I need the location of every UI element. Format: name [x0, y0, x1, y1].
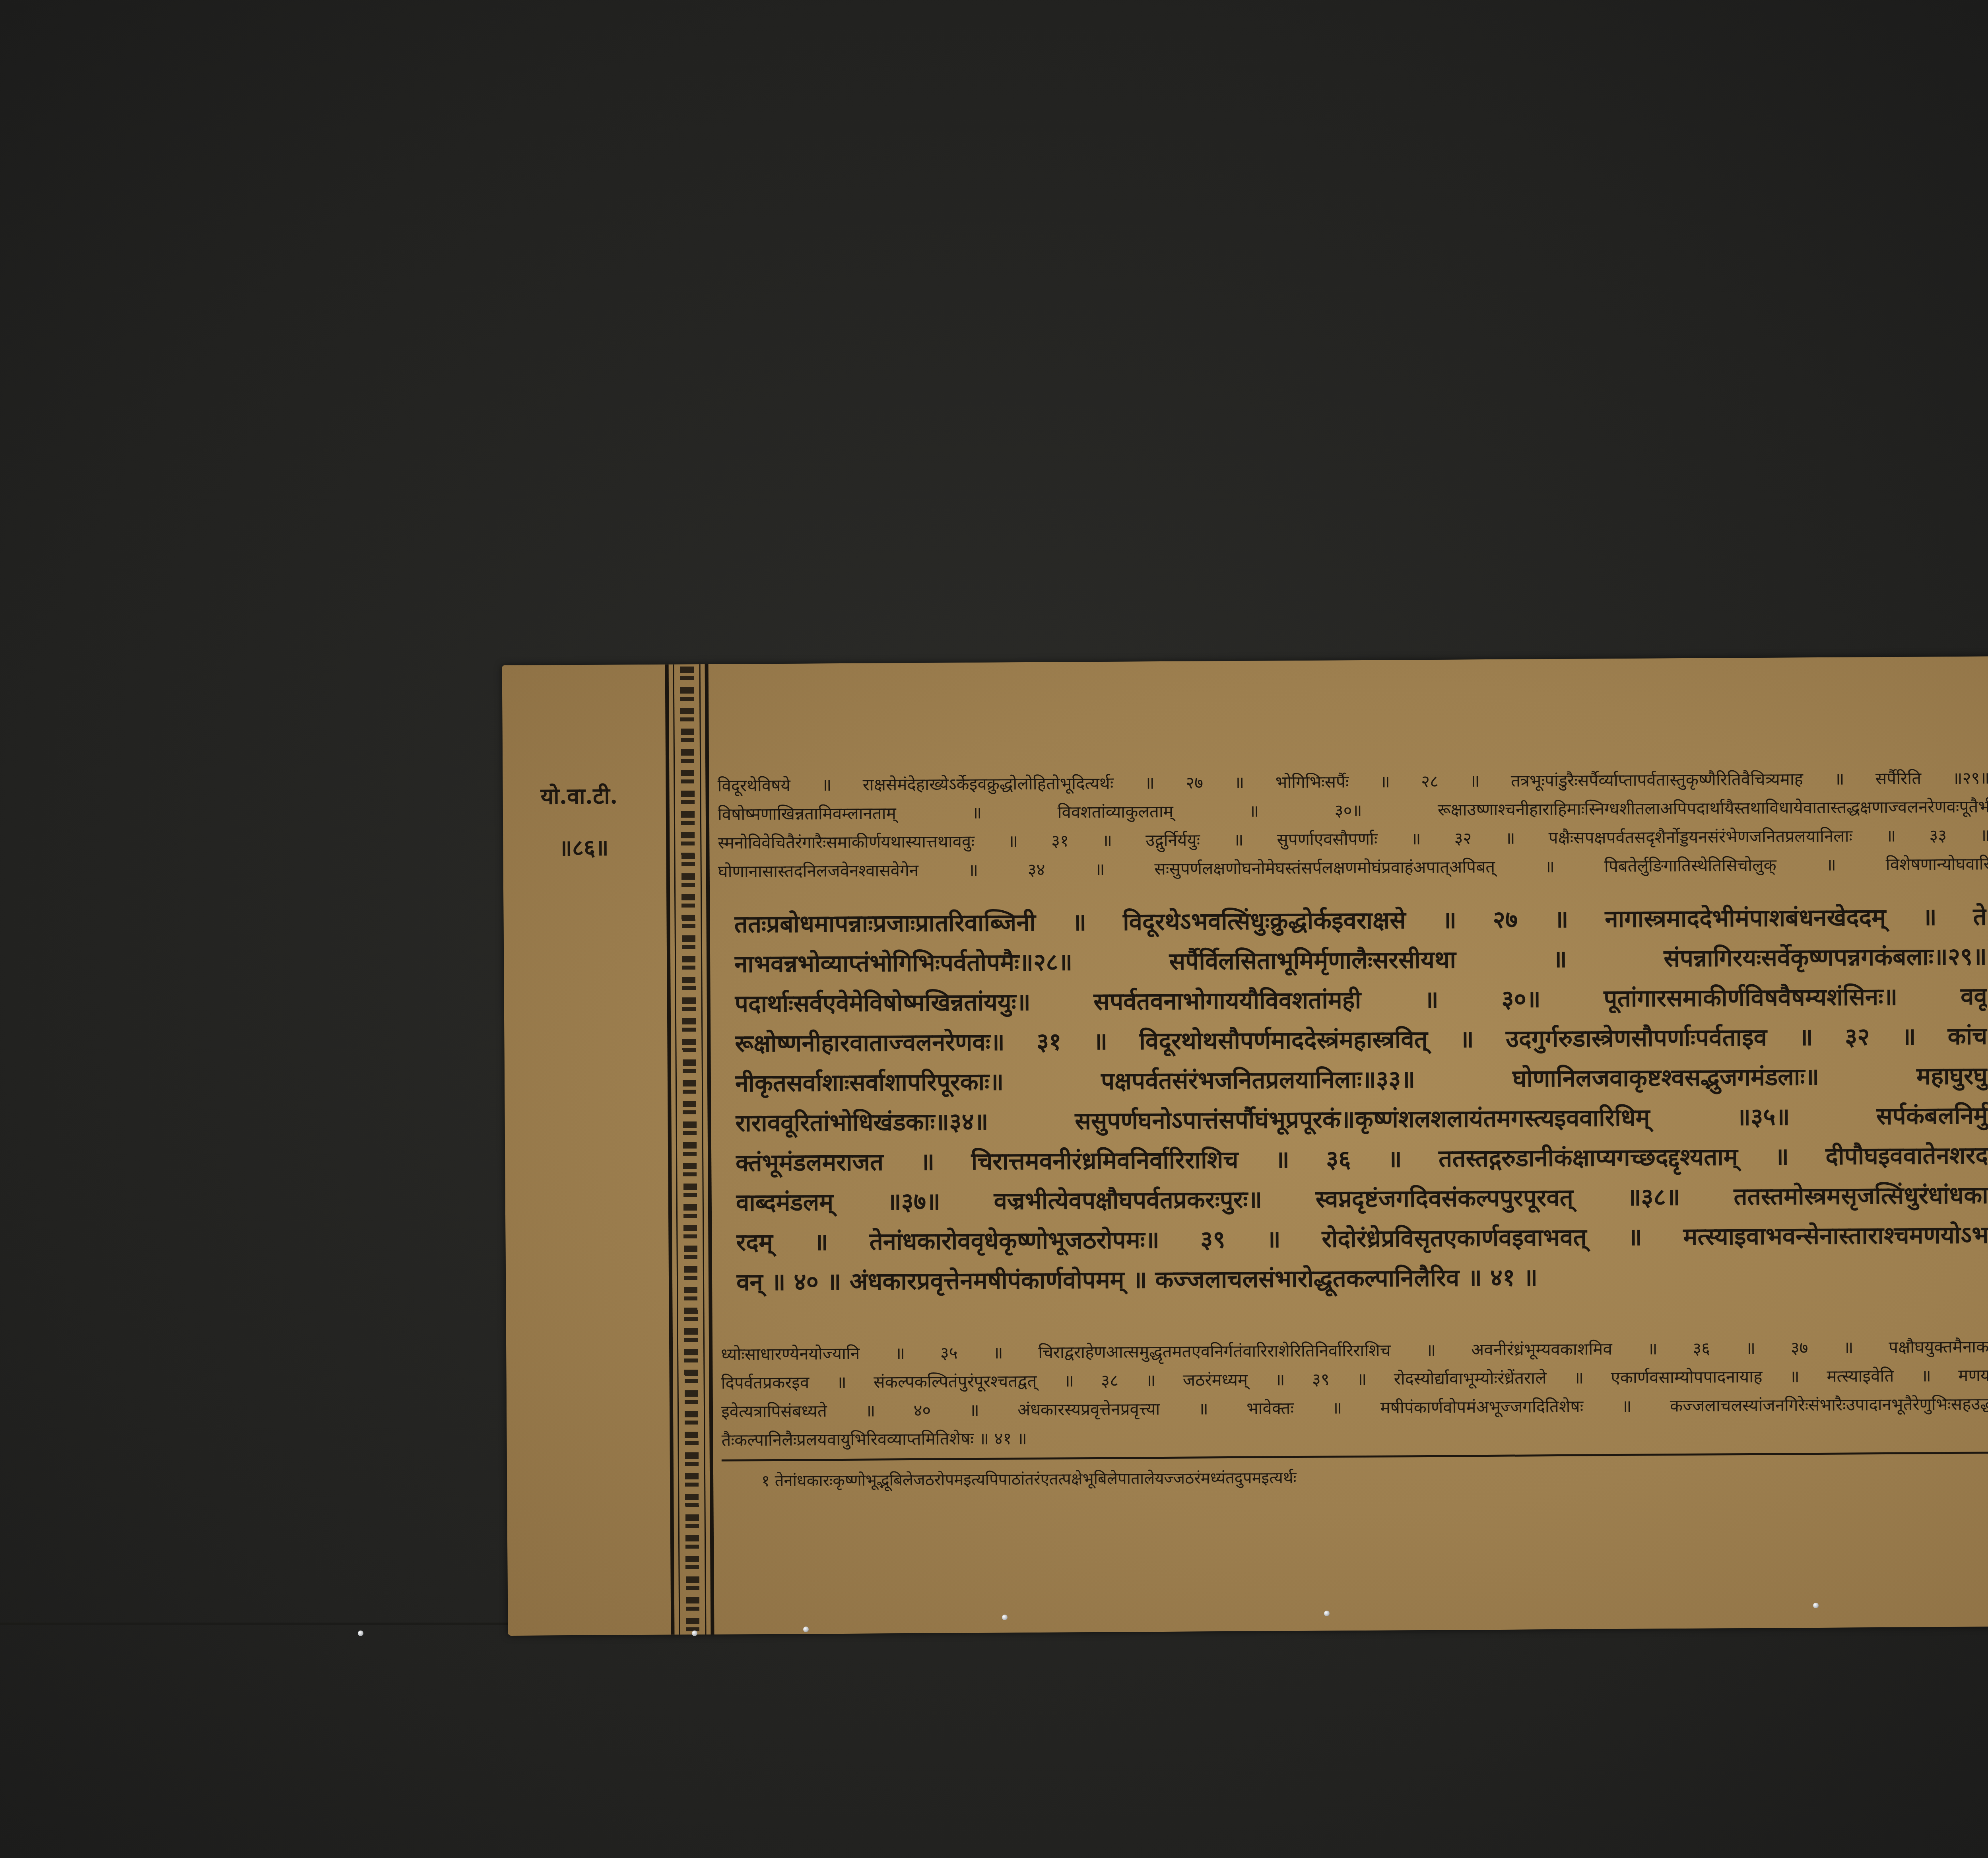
left-folio-number: ॥८६॥ [559, 832, 609, 863]
mounting-pin [1324, 1611, 1330, 1616]
mounting-pin [803, 1627, 809, 1632]
mounting-pin [1813, 1603, 1819, 1608]
verse-line: वाब्दमंडलम् ॥३७॥ वज्रभीत्येवपक्षौघपर्वतप… [736, 1175, 1988, 1222]
verse-line: रदम् ॥ तेनांधकारोववृधेकृष्णोभूजठरोपमः॥ ३… [736, 1215, 1988, 1262]
footnote: १ तेनांधकारःकृष्णोभूद्भूबिलेजठरोपमइत्यपि… [761, 1466, 1297, 1491]
verse-line: वन् ॥ ४० ॥ अंधकारप्रवृत्तेनमषीपंकार्णवोप… [736, 1255, 1988, 1302]
left-ornamental-border [665, 664, 715, 1635]
left-margin-title: यो.वा.टी. [540, 780, 617, 810]
verse-text: ततःप्रबोधमापन्नाःप्रजाःप्रातरिवाब्जिनी ॥… [734, 897, 1988, 1302]
verse-line: ततःप्रबोधमापन्नाःप्रजाःप्रातरिवाब्जिनी ॥… [734, 897, 1987, 944]
commentary-bottom: ध्योःसाधारण्येनयोज्यानि ॥ ३५ ॥ चिराद्वरा… [721, 1332, 1988, 1455]
verse-line: नीकृतसर्वाशाःसर्वाशापरिपूरकाः॥ पक्षपर्वत… [735, 1056, 1988, 1103]
manuscript-leaf: यो.वा.टी. ॥८६॥ उत्प.प्र. ३ ॥८६॥ विदूरथेव… [502, 655, 1988, 1636]
commentary-top: विदूरथेविषये ॥ राक्षसेमंदेहाख्येऽर्केइवक… [717, 764, 1988, 886]
mounting-pin [1002, 1615, 1008, 1620]
verse-line: राराववूरितांभोधिखंडकाः॥३४॥ ससुपर्णघनोऽपा… [735, 1096, 1988, 1143]
verse-line: पदार्थाःसर्वएवेमेविषोष्मखिन्नतांययुः॥ सप… [734, 976, 1987, 1024]
mounting-pin [358, 1631, 363, 1636]
verse-line: रूक्षोष्णनीहारवाताज्वलनरेणवः॥ ३१ ॥ विदूर… [735, 1016, 1988, 1063]
mounting-pin [692, 1631, 697, 1636]
verse-line: क्तंभूमंडलमराजत ॥ चिरात्तमवनीरंध्रमिवनिर… [736, 1135, 1988, 1183]
verse-line: नाभवन्नभोव्याप्तंभोगिभिःपर्वतोपमैः॥२८॥ स… [734, 937, 1987, 984]
